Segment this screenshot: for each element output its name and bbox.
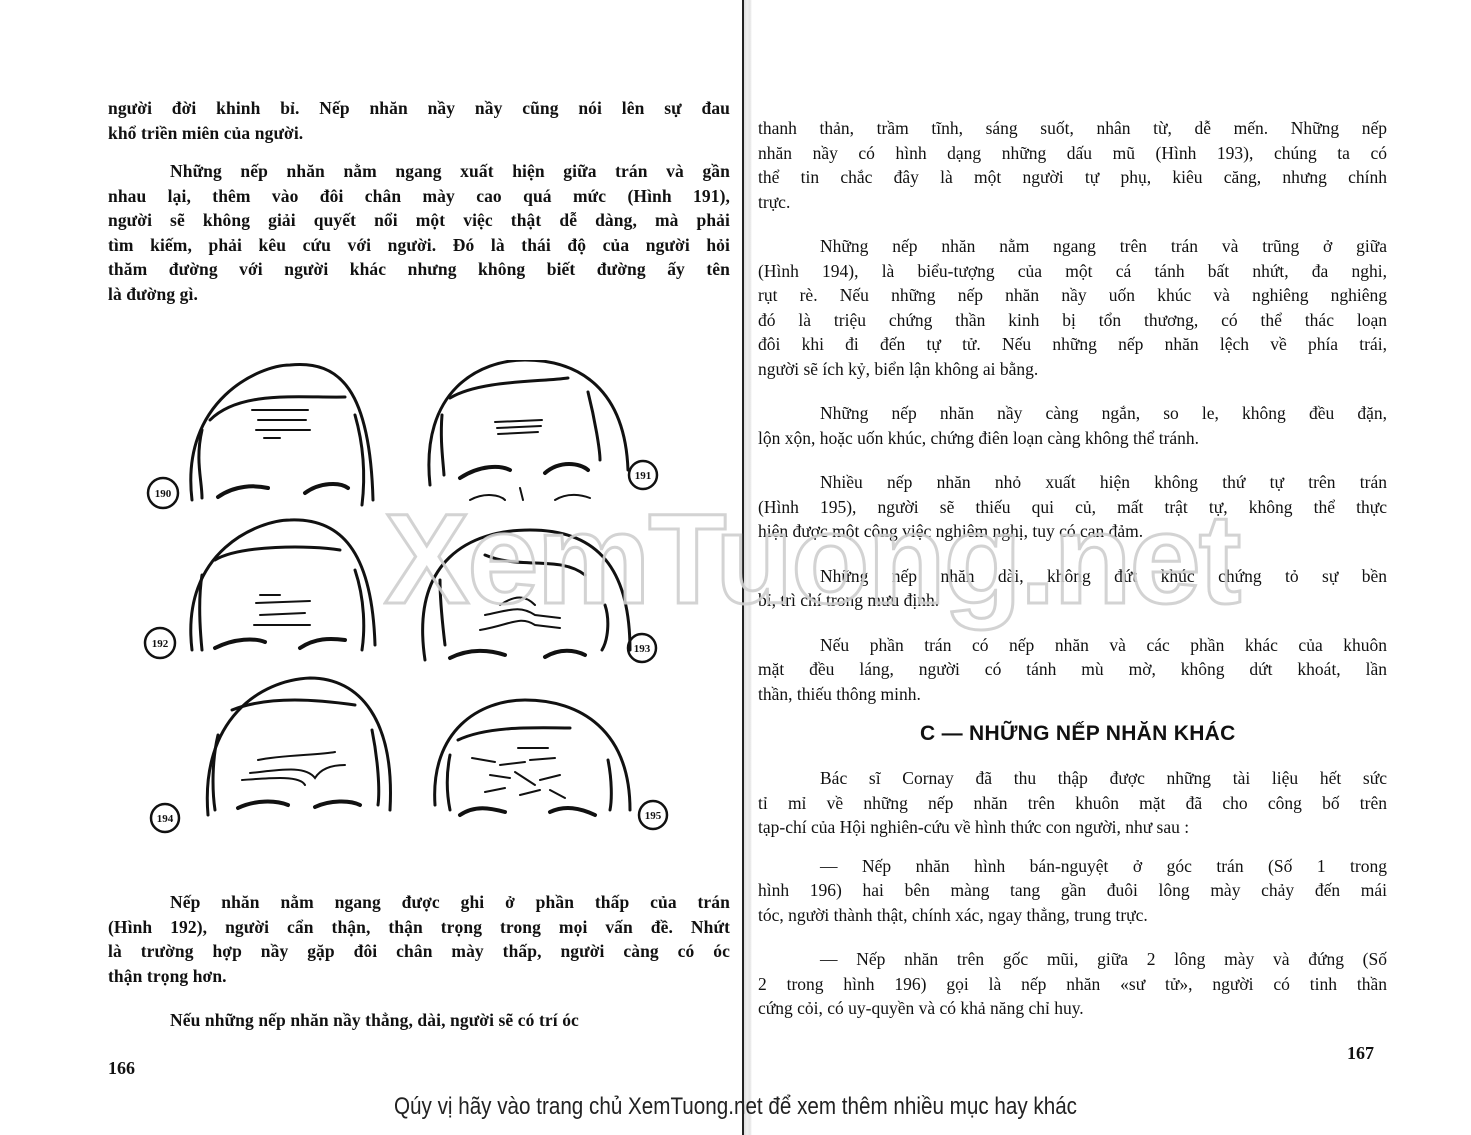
text-line: Nếu phần trán có nếp nhăn và các phần kh… (758, 633, 1387, 658)
text-line: Những nếp nhăn nằm ngang trên trán và tr… (758, 234, 1387, 259)
paragraph: Nếu phần trán có nếp nhăn và các phần kh… (758, 633, 1387, 707)
section-heading: C — NHỮNG NẾP NHĂN KHÁC (920, 722, 1236, 746)
text-line: thần, thiếu thông minh. (758, 682, 1387, 707)
text-line: tỉ mỉ về những nếp nhăn trên khuôn mặt đ… (758, 791, 1387, 816)
paragraph: Nếu những nếp nhăn nầy thẳng, dài, người… (108, 1008, 730, 1033)
text-line: nhăn nầy có hình dạng những dấu mũ (Hình… (758, 141, 1387, 166)
text-line: (Hình 192), người cẩn thận, thận trọng t… (108, 915, 730, 940)
text-line: Những nếp nhăn nầy càng ngắn, so le, khô… (758, 401, 1387, 426)
paragraph: — Nếp nhăn trên gốc mũi, giữa 2 lông mày… (758, 947, 1387, 1021)
text-line: — Nếp nhăn trên gốc mũi, giữa 2 lông mày… (758, 947, 1387, 972)
paragraph: — Nếp nhăn hình bán-nguyệt ở góc trán (S… (758, 854, 1387, 928)
paragraph: Những nếp nhăn nằm ngang xuất hiện giữa … (108, 159, 730, 306)
text-line: người sẽ không giải quyết nổi một việc t… (108, 208, 730, 233)
text-line: tìm kiếm, phải kêu cứu với người. Đó là … (108, 233, 730, 258)
paragraph: Bác sĩ Cornay đã thu thập được những tài… (758, 766, 1387, 840)
text-line: 2 trong hình 196) gọi là nếp nhăn «sư tử… (758, 972, 1387, 997)
text-line: thể tin chắc đây là một người tự phụ, ki… (758, 165, 1387, 190)
right-section-text: Bác sĩ Cornay đã thu thập được những tài… (758, 766, 1387, 1021)
text-line: (Hình 194), là biểu-tượng của một cá tán… (758, 259, 1387, 284)
text-line: thanh thản, trầm tĩnh, sáng suốt, nhân t… (758, 116, 1387, 141)
text-line: người sẽ ích kỷ, biển lận không ai bằng. (758, 357, 1387, 382)
paragraph: người đời khinh bỉ. Nếp nhăn nầy nầy cũn… (108, 96, 730, 145)
text-line: người đời khinh bỉ. Nếp nhăn nầy nầy cũn… (108, 96, 730, 121)
text-line: rụt rè. Nếu những nếp nhăn nầy uốn khúc … (758, 283, 1387, 308)
text-line: mặt đều láng, người có tánh mù mờ, không… (758, 657, 1387, 682)
page-number-right: 167 (1347, 1043, 1374, 1064)
left-top-text: người đời khinh bỉ. Nếp nhăn nầy nầy cũn… (108, 96, 730, 306)
svg-text:191: 191 (635, 470, 652, 482)
text-line: lộn xộn, hoặc uốn khúc, chứng điên loạn … (758, 426, 1387, 451)
page-number-left: 166 (108, 1058, 135, 1079)
paragraph: thanh thản, trầm tĩnh, sáng suốt, nhân t… (758, 116, 1387, 214)
footer-link-note[interactable]: Qúy vị hãy vào trang chủ XemTuong.net để… (103, 1093, 1368, 1121)
text-line: Những nếp nhăn nằm ngang xuất hiện giữa … (108, 159, 730, 184)
text-line: khổ triền miên của người. (108, 121, 730, 146)
text-line: Nếp nhăn nằm ngang được ghi ở phần thấp … (108, 890, 730, 915)
text-line: là đường gì. (108, 282, 730, 307)
text-line: trực. (758, 190, 1387, 215)
watermark-xemtuong: XemTuong.net (384, 496, 1239, 624)
text-line: Nếu những nếp nhăn nầy thẳng, dài, người… (108, 1008, 730, 1033)
text-line: tạp-chí của Hội nghiên-cứu về hình thức … (758, 815, 1387, 840)
paragraph: Những nếp nhăn nằm ngang trên trán và tr… (758, 234, 1387, 381)
text-line: cứng cỏi, có uy-quyền và có khả năng chỉ… (758, 996, 1387, 1021)
paragraph: Nếp nhăn nằm ngang được ghi ở phần thấp … (108, 890, 730, 988)
svg-text:190: 190 (155, 488, 172, 500)
svg-text:192: 192 (152, 638, 169, 650)
paragraph: Những nếp nhăn nầy càng ngắn, so le, khô… (758, 401, 1387, 450)
svg-text:193: 193 (634, 643, 651, 655)
text-line: thận trọng hơn. (108, 964, 730, 989)
text-line: hình 196) hai bên màng tang gần đuôi lôn… (758, 878, 1387, 903)
svg-text:194: 194 (157, 813, 174, 825)
text-line: tóc, người thành thật, chính xác, ngay t… (758, 903, 1387, 928)
text-line: đôi khi đi đến tự tử. Nếu những nếp nhăn… (758, 332, 1387, 357)
text-line: nhau lại, thêm vào đôi chân mày cao quá … (108, 184, 730, 209)
left-bottom-text: Nếp nhăn nằm ngang được ghi ở phần thấp … (108, 890, 730, 1033)
text-line: thăm đường với người khác nhưng không bi… (108, 257, 730, 282)
svg-text:195: 195 (645, 810, 662, 822)
text-line: đó là triệu chứng thần kinh bị tổn thươn… (758, 308, 1387, 333)
text-line: là trường hợp nầy gặp đôi chân mày thấp,… (108, 939, 730, 964)
text-line: Bác sĩ Cornay đã thu thập được những tài… (758, 766, 1387, 791)
text-line: — Nếp nhăn hình bán-nguyệt ở góc trán (S… (758, 854, 1387, 879)
